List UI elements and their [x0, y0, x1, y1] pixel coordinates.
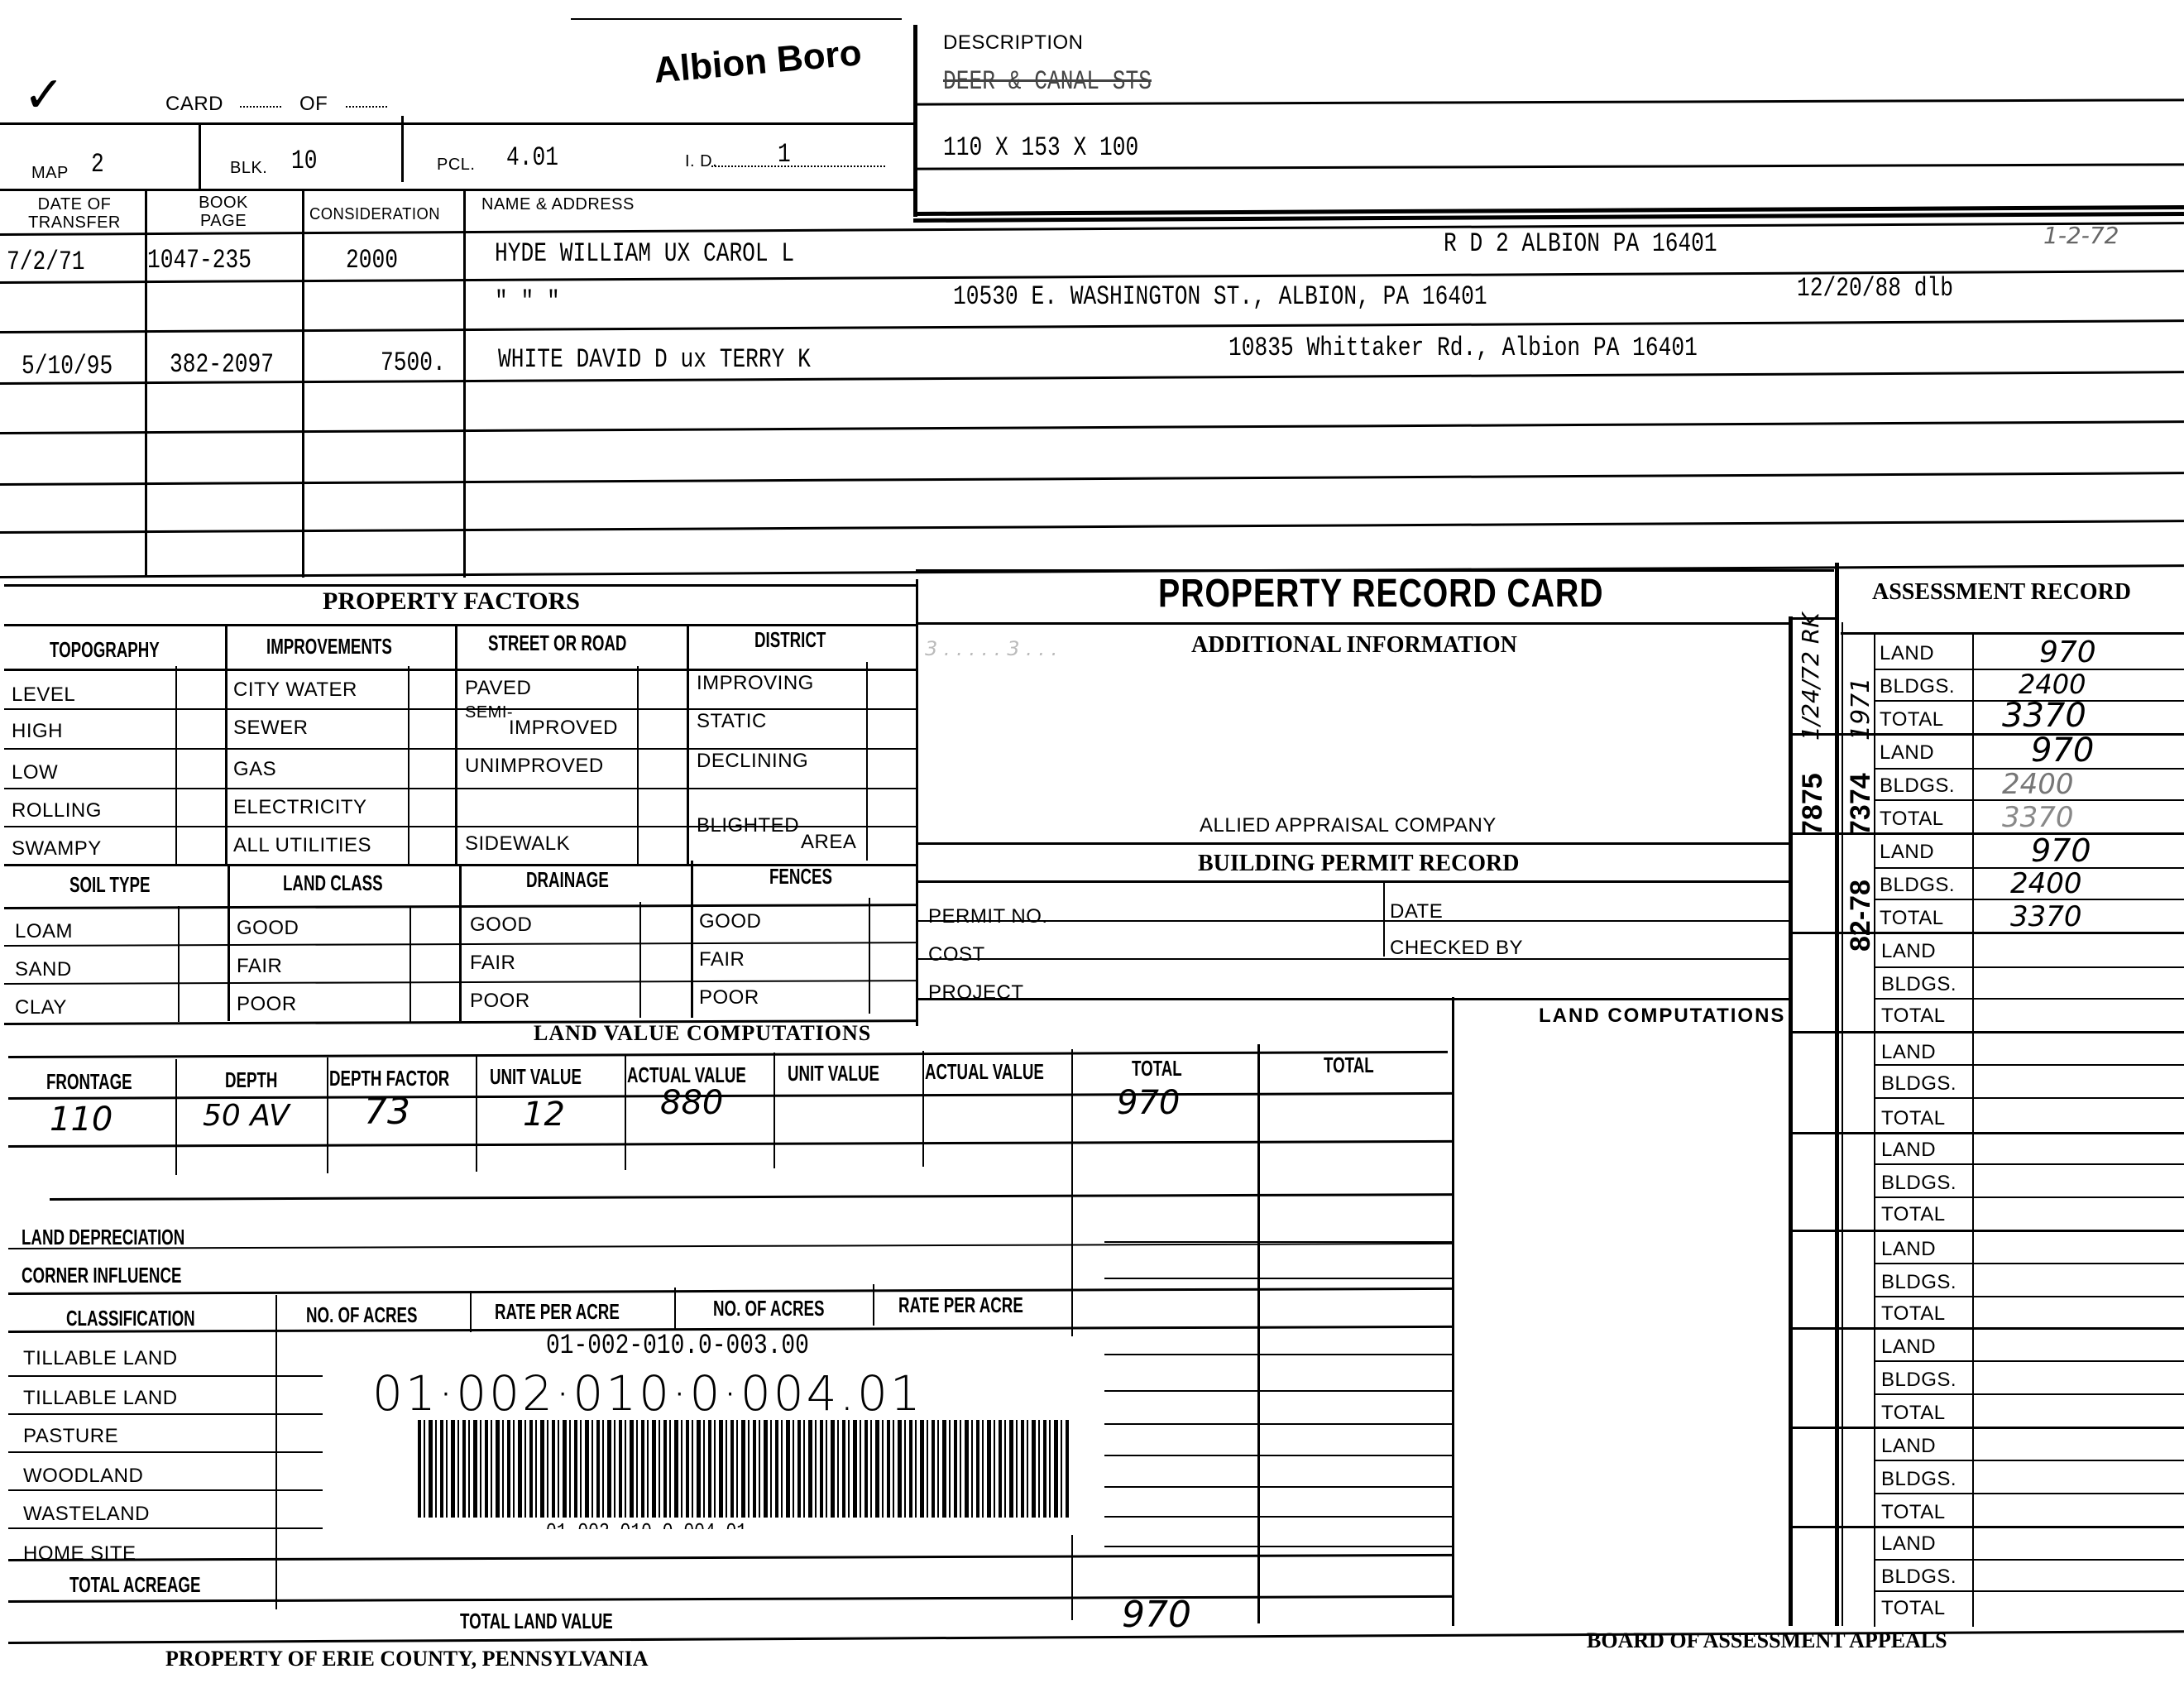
- pcl-label: PCL.: [437, 156, 475, 175]
- header-rule: [0, 122, 914, 125]
- top-rule: [571, 18, 902, 20]
- id-label: I. D.: [685, 152, 717, 171]
- drainage-fair[interactable]: FAIR: [470, 952, 515, 975]
- total-land-value[interactable]: 970: [1122, 1594, 1191, 1636]
- street-semi[interactable]: SEMI-: [465, 703, 513, 722]
- corner-influence-label: CORNER INFLUENCE: [22, 1263, 181, 1288]
- land-class-fair[interactable]: FAIR: [237, 955, 282, 978]
- col-unit-value-1: UNIT VALUE: [490, 1064, 582, 1090]
- header-date-of-transfer: DATE OF TRANSFER: [8, 195, 141, 232]
- fences-good[interactable]: GOOD: [699, 910, 761, 933]
- street-improved[interactable]: IMPROVED: [509, 717, 618, 740]
- classification-pasture: PASTURE: [23, 1425, 118, 1448]
- blk-label: BLK.: [230, 159, 267, 178]
- land-value-computations-title: LAND VALUE COMPUTATIONS: [534, 1021, 871, 1046]
- improvements-electricity[interactable]: ELECTRICITY: [233, 796, 367, 819]
- street-road-header: STREET OR ROAD: [488, 631, 626, 656]
- classification-home-site: HOME SITE: [23, 1542, 136, 1566]
- improvements-sewer[interactable]: SEWER: [233, 717, 309, 740]
- assessment-side-note-date: 1/24/72 RK: [1797, 612, 1824, 741]
- land-depreciation-label: LAND DEPRECIATION: [22, 1225, 184, 1250]
- barcode-icon: [418, 1420, 1071, 1518]
- classification-tillable-land-1: TILLABLE LAND: [23, 1347, 178, 1370]
- col-depth-factor: DEPTH FACTOR: [329, 1066, 449, 1091]
- col-unit-value-2: UNIT VALUE: [788, 1061, 879, 1086]
- land-computations-title: LAND COMPUTATIONS: [1539, 1005, 1785, 1028]
- col-total-1: TOTAL: [1132, 1056, 1182, 1081]
- property-factors-title: PROPERTY FACTORS: [323, 587, 580, 616]
- pcl-value[interactable]: 4.01: [506, 142, 558, 173]
- permit-cost-label: COST: [928, 943, 985, 966]
- topography-swampy[interactable]: SWAMPY: [12, 837, 102, 861]
- header-name-address: NAME & ADDRESS: [481, 195, 635, 214]
- assessment-year-1971: 1971: [1846, 678, 1875, 741]
- street-unimproved[interactable]: UNIMPROVED: [465, 755, 604, 778]
- fences-poor[interactable]: POOR: [699, 986, 759, 1009]
- map-value[interactable]: 2: [91, 149, 104, 180]
- header-book-page: BOOK PAGE: [149, 194, 298, 230]
- transfer-row[interactable]: [0, 420, 2184, 434]
- additional-information-label: ADDITIONAL INFORMATION: [1191, 632, 1517, 659]
- land-class-header: LAND CLASS: [283, 870, 383, 896]
- district-declining[interactable]: DECLINING: [697, 750, 808, 773]
- card-number-field[interactable]: [240, 106, 281, 108]
- topography-header: TOPOGRAPHY: [50, 637, 160, 663]
- rate-per-acre-header-1: RATE PER ACRE: [495, 1299, 620, 1325]
- soil-sand[interactable]: SAND: [15, 958, 72, 981]
- header-consideration: CONSIDERATION: [309, 205, 440, 224]
- improvements-city-water[interactable]: CITY WATER: [233, 679, 357, 702]
- permit-project-label: PROJECT: [928, 981, 1024, 1005]
- footer-erie-county: PROPERTY OF ERIE COUNTY, PENNSYLVANIA: [165, 1647, 648, 1671]
- drainage-poor[interactable]: POOR: [470, 990, 530, 1013]
- soil-type-header: SOIL TYPE: [69, 872, 150, 898]
- land-class-poor[interactable]: POOR: [237, 993, 297, 1016]
- assessment-side-note-8278: 82-78: [1845, 880, 1877, 952]
- card-of-label: OF: [299, 93, 328, 116]
- soil-loam[interactable]: LOAM: [15, 920, 73, 943]
- footer-board-of-assessment-appeals: BOARD OF ASSESSMENT APPEALS: [1587, 1628, 1947, 1653]
- street-sidewalk[interactable]: SIDEWALK: [465, 832, 570, 856]
- barcode-handwritten-id: 01·002·010·0·004.01: [372, 1365, 923, 1422]
- transfer-row[interactable]: [0, 520, 2184, 534]
- description-line-struck[interactable]: DEER & CANAL STS: [943, 66, 1152, 97]
- allied-appraisal-company: ALLIED APPRAISAL COMPANY: [1200, 814, 1497, 837]
- district-area[interactable]: AREA: [801, 831, 856, 854]
- topography-level[interactable]: LEVEL: [12, 683, 75, 707]
- topography-high[interactable]: HIGH: [12, 720, 63, 743]
- card-label: CARD: [165, 93, 223, 116]
- assessment-record-title: ASSESSMENT RECORD: [1872, 579, 2131, 606]
- col-frontage: FRONTAGE: [46, 1069, 132, 1095]
- classification-wasteland: WASTELAND: [23, 1503, 150, 1526]
- description-label: DESCRIPTION: [943, 31, 1084, 55]
- blk-value[interactable]: 10: [291, 146, 317, 176]
- assessment-year-7374: 7374: [1845, 773, 1877, 836]
- classification-tillable-land-2: TILLABLE LAND: [23, 1387, 178, 1410]
- drainage-good[interactable]: GOOD: [470, 914, 532, 937]
- assessment-side-note-7875: 7875: [1797, 773, 1829, 836]
- district-header: DISTRICT: [754, 627, 826, 653]
- acres-header-1: NO. OF ACRES: [306, 1302, 418, 1328]
- district-improving[interactable]: IMPROVING: [697, 672, 814, 695]
- improvements-gas[interactable]: GAS: [233, 758, 276, 781]
- faded-handwritten-note: 3 . . . . . 3 . . .: [925, 637, 1057, 660]
- property-record-card-title: PROPERTY RECORD CARD: [1158, 571, 1603, 616]
- improvements-all-utilities[interactable]: ALL UTILITIES: [233, 834, 371, 857]
- municipality-stamp: Albion Boro: [652, 32, 863, 92]
- total-acreage-label: TOTAL ACREAGE: [69, 1572, 200, 1598]
- additional-information-area[interactable]: [925, 679, 1785, 827]
- permit-checked-by-label: CHECKED BY: [1390, 937, 1523, 960]
- classification-header: CLASSIFICATION: [66, 1306, 195, 1331]
- col-depth: DEPTH: [225, 1067, 277, 1093]
- card-total-field[interactable]: [346, 106, 387, 108]
- building-permit-record-title: BUILDING PERMIT RECORD: [1198, 851, 1519, 877]
- soil-clay[interactable]: CLAY: [15, 996, 67, 1019]
- map-label: MAP: [31, 164, 69, 183]
- permit-no-label: PERMIT NO.: [928, 905, 1048, 928]
- land-computations-area[interactable]: [1464, 1034, 1783, 1618]
- transfer-row[interactable]: [0, 472, 2184, 486]
- fences-fair[interactable]: FAIR: [699, 948, 745, 971]
- description-dimensions[interactable]: 110 X 153 X 100: [943, 132, 1138, 163]
- acres-header-2: NO. OF ACRES: [713, 1296, 825, 1321]
- street-paved[interactable]: PAVED: [465, 677, 531, 700]
- total-land-value-label: TOTAL LAND VALUE: [460, 1609, 613, 1634]
- land-value-row[interactable]: [50, 1193, 1452, 1201]
- district-static[interactable]: STATIC: [697, 710, 767, 733]
- col-actual-value-2: ACTUAL VALUE: [925, 1059, 1044, 1085]
- fences-header: FENCES: [769, 864, 832, 890]
- barcode-printed-id-top: 01-002-010.0-003.00: [546, 1331, 809, 1362]
- topography-low[interactable]: LOW: [12, 761, 58, 784]
- topography-rolling[interactable]: ROLLING: [12, 799, 102, 822]
- drainage-header: DRAINAGE: [526, 867, 609, 893]
- land-class-good[interactable]: GOOD: [237, 917, 299, 940]
- classification-woodland: WOODLAND: [23, 1465, 143, 1488]
- rate-per-acre-header-2: RATE PER ACRE: [898, 1292, 1023, 1318]
- col-total-2: TOTAL: [1324, 1053, 1374, 1078]
- corner-check-mark: ✓: [23, 66, 65, 124]
- improvements-header: IMPROVEMENTS: [266, 634, 392, 659]
